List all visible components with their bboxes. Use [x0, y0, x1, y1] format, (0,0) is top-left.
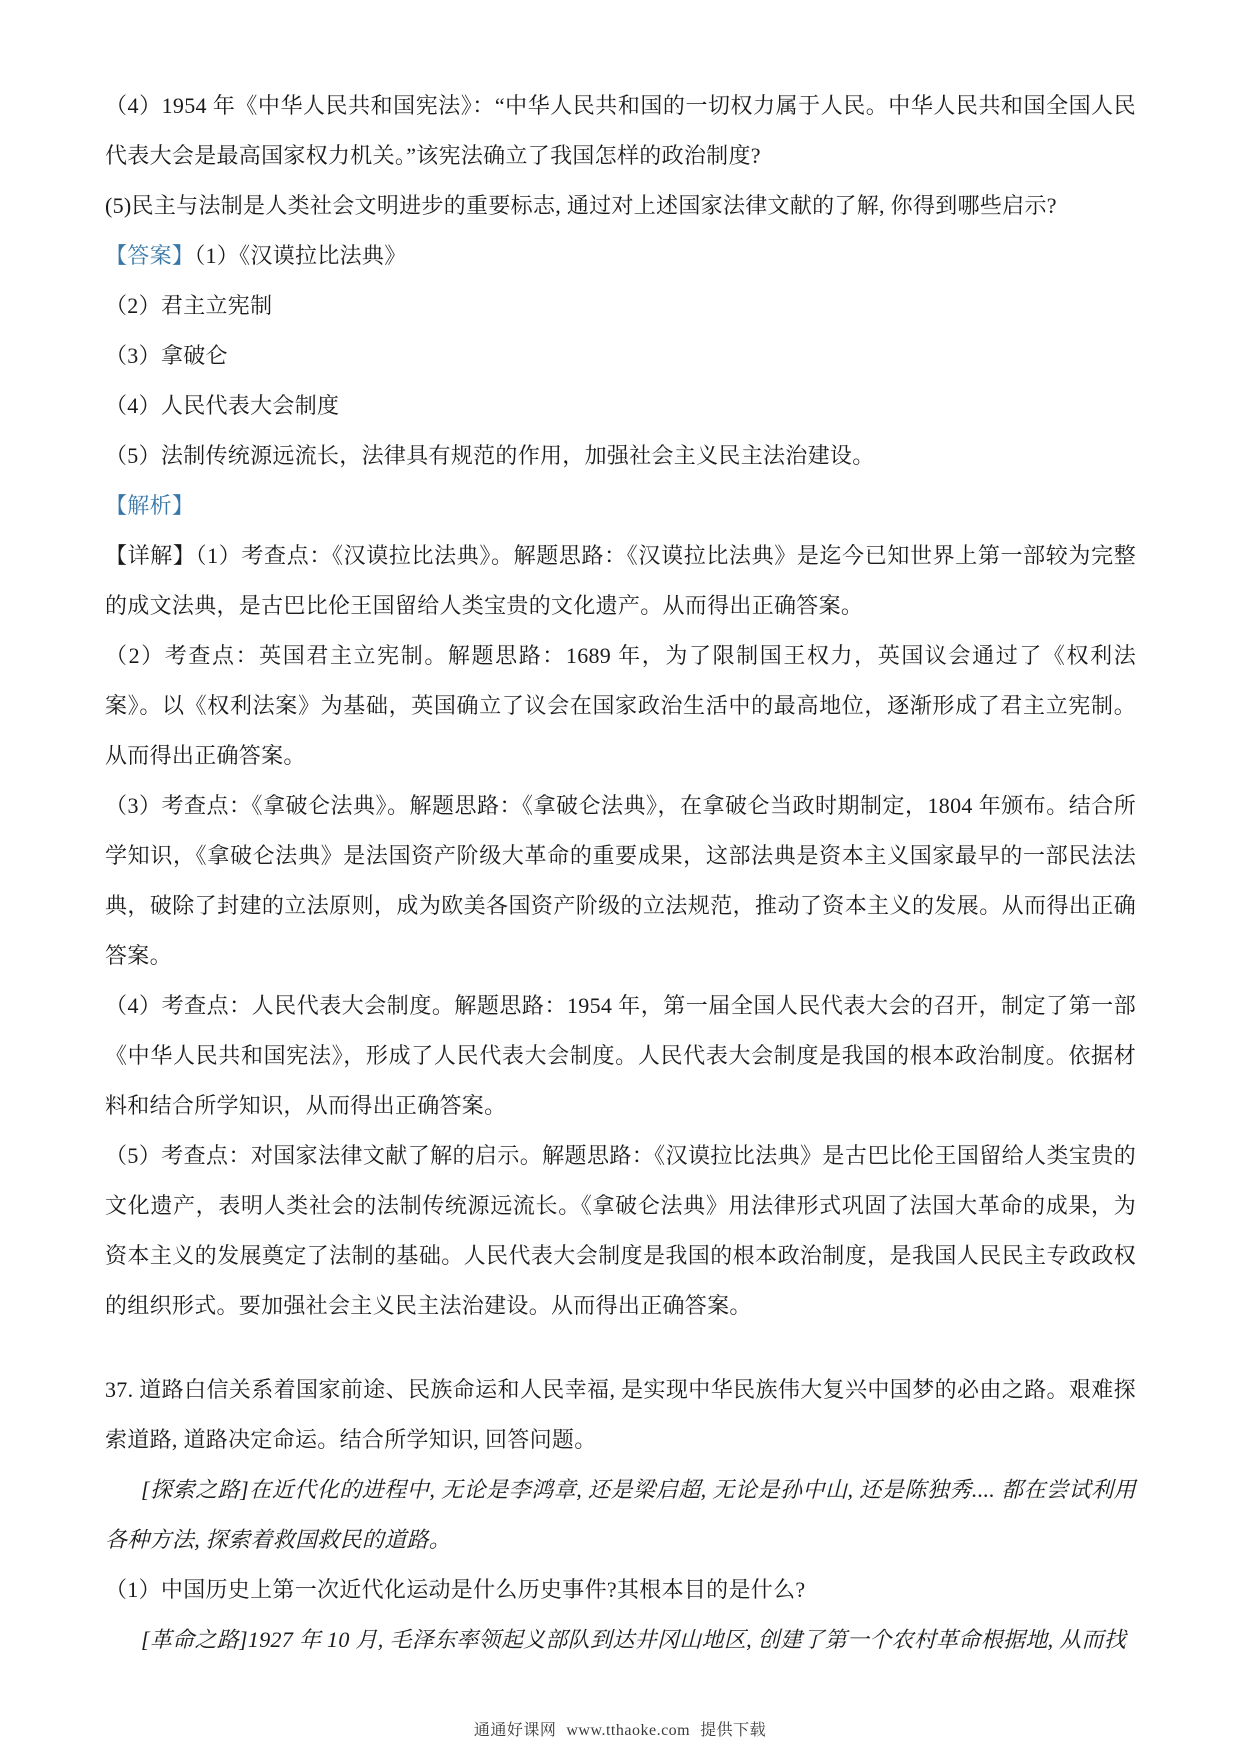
answer-line-2: （2）君主立宪制	[105, 281, 1136, 331]
detail-label: 【详解】	[105, 543, 196, 568]
detail-paragraph-3: （3）考查点：《拿破仑法典》。解题思路：《拿破仑法典》，在拿破仑当政时期制定，1…	[105, 781, 1136, 981]
question37-intro: 37. 道路白信关系着国家前途、民族命运和人民幸福, 是实现中华民族伟大复兴中国…	[105, 1365, 1136, 1465]
answer-line-3: （3）拿破仑	[105, 331, 1136, 381]
footer-suffix: 提供下载	[700, 1722, 766, 1739]
detail-paragraph-5: （5）考查点：对国家法律文献了解的启示。解题思路：《汉谟拉比法典》是古巴比伦王国…	[105, 1131, 1136, 1331]
question36-part5: (5)民主与法制是人类社会文明进步的重要标志, 通过对上述国家法律文献的了解, …	[105, 181, 1136, 231]
answer-label: 【答案】	[105, 243, 194, 268]
document-page: （4）1954 年《中华人民共和国宪法》：“中华人民共和国的一切权力属于人民。中…	[0, 0, 1240, 1754]
question37-revolution-path: [革命之路]1927 年 10 月, 毛泽东率领起义部队到达井冈山地区, 创建了…	[105, 1615, 1136, 1665]
document-body: （4）1954 年《中华人民共和国宪法》：“中华人民共和国的一切权力属于人民。中…	[105, 81, 1136, 1665]
answer-line-4: （4）人民代表大会制度	[105, 381, 1136, 431]
analysis-label: 【解析】	[105, 481, 1136, 531]
answer-line-5: （5）法制传统源远流长，法律具有规范的作用，加强社会主义民主法治建设。	[105, 431, 1136, 481]
detail-paragraph-2: （2）考查点：英国君主立宪制。解题思路：1689 年，为了限制国王权力，英国议会…	[105, 631, 1136, 781]
detail-paragraph-1: 【详解】（1）考查点：《汉谟拉比法典》。解题思路：《汉谟拉比法典》是迄今已知世界…	[105, 531, 1136, 631]
analysis-label-text: 【解析】	[105, 493, 194, 518]
question37-explore-path: [探索之路]在近代化的进程中, 无论是李鸿章, 还是梁启超, 无论是孙中山, 还…	[105, 1465, 1136, 1565]
answer-1-text: （1）《汉谟拉比法典》	[194, 243, 406, 268]
footer-url: www.tthaoke.com	[566, 1722, 690, 1739]
detail-1-text: （1）考查点：《汉谟拉比法典》。解题思路：《汉谟拉比法典》是迄今已知世界上第一部…	[105, 543, 1136, 618]
answer-line-1: 【答案】（1）《汉谟拉比法典》	[105, 231, 1136, 281]
page-footer: 通通好课网www.tthaoke.com提供下载	[0, 1720, 1240, 1742]
question36-part4: （4）1954 年《中华人民共和国宪法》：“中华人民共和国的一切权力属于人民。中…	[105, 81, 1136, 181]
question37-part1: （1）中国历史上第一次近代化运动是什么历史事件?其根本目的是什么?	[105, 1565, 1136, 1615]
footer-site-name: 通通好课网	[474, 1722, 557, 1739]
detail-paragraph-4: （4）考查点：人民代表大会制度。解题思路：1954 年，第一届全国人民代表大会的…	[105, 981, 1136, 1131]
